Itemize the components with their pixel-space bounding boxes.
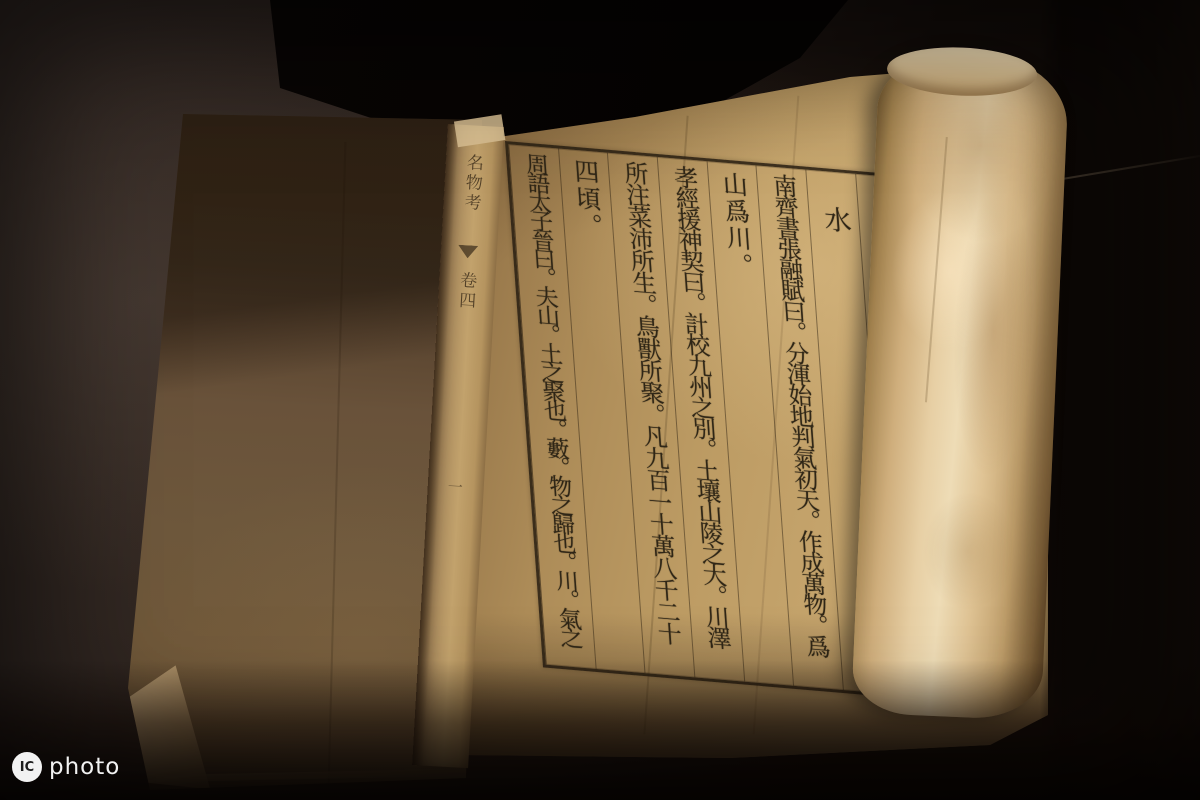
spine-title: 名物考	[457, 153, 486, 214]
museum-photo-scene: 四書名物考卷四 中庸 水 南齊書張融賦曰。分渾始地判氣初天。作成萬物。爲 山爲川…	[0, 0, 1200, 800]
fishtail-mark	[458, 245, 479, 259]
curled-page-top-edge	[886, 44, 1038, 98]
bottom-shadow	[0, 660, 1200, 800]
spine-volume: 卷四	[452, 271, 480, 312]
spine-page-number: 一	[441, 478, 468, 497]
watermark-brand-text: photo	[49, 754, 120, 780]
ic-logo-text: IC	[20, 760, 34, 775]
ic-photo-watermark: IC photo	[12, 752, 120, 782]
curled-page-roll	[851, 48, 1070, 721]
ic-logo-icon: IC	[12, 752, 42, 782]
